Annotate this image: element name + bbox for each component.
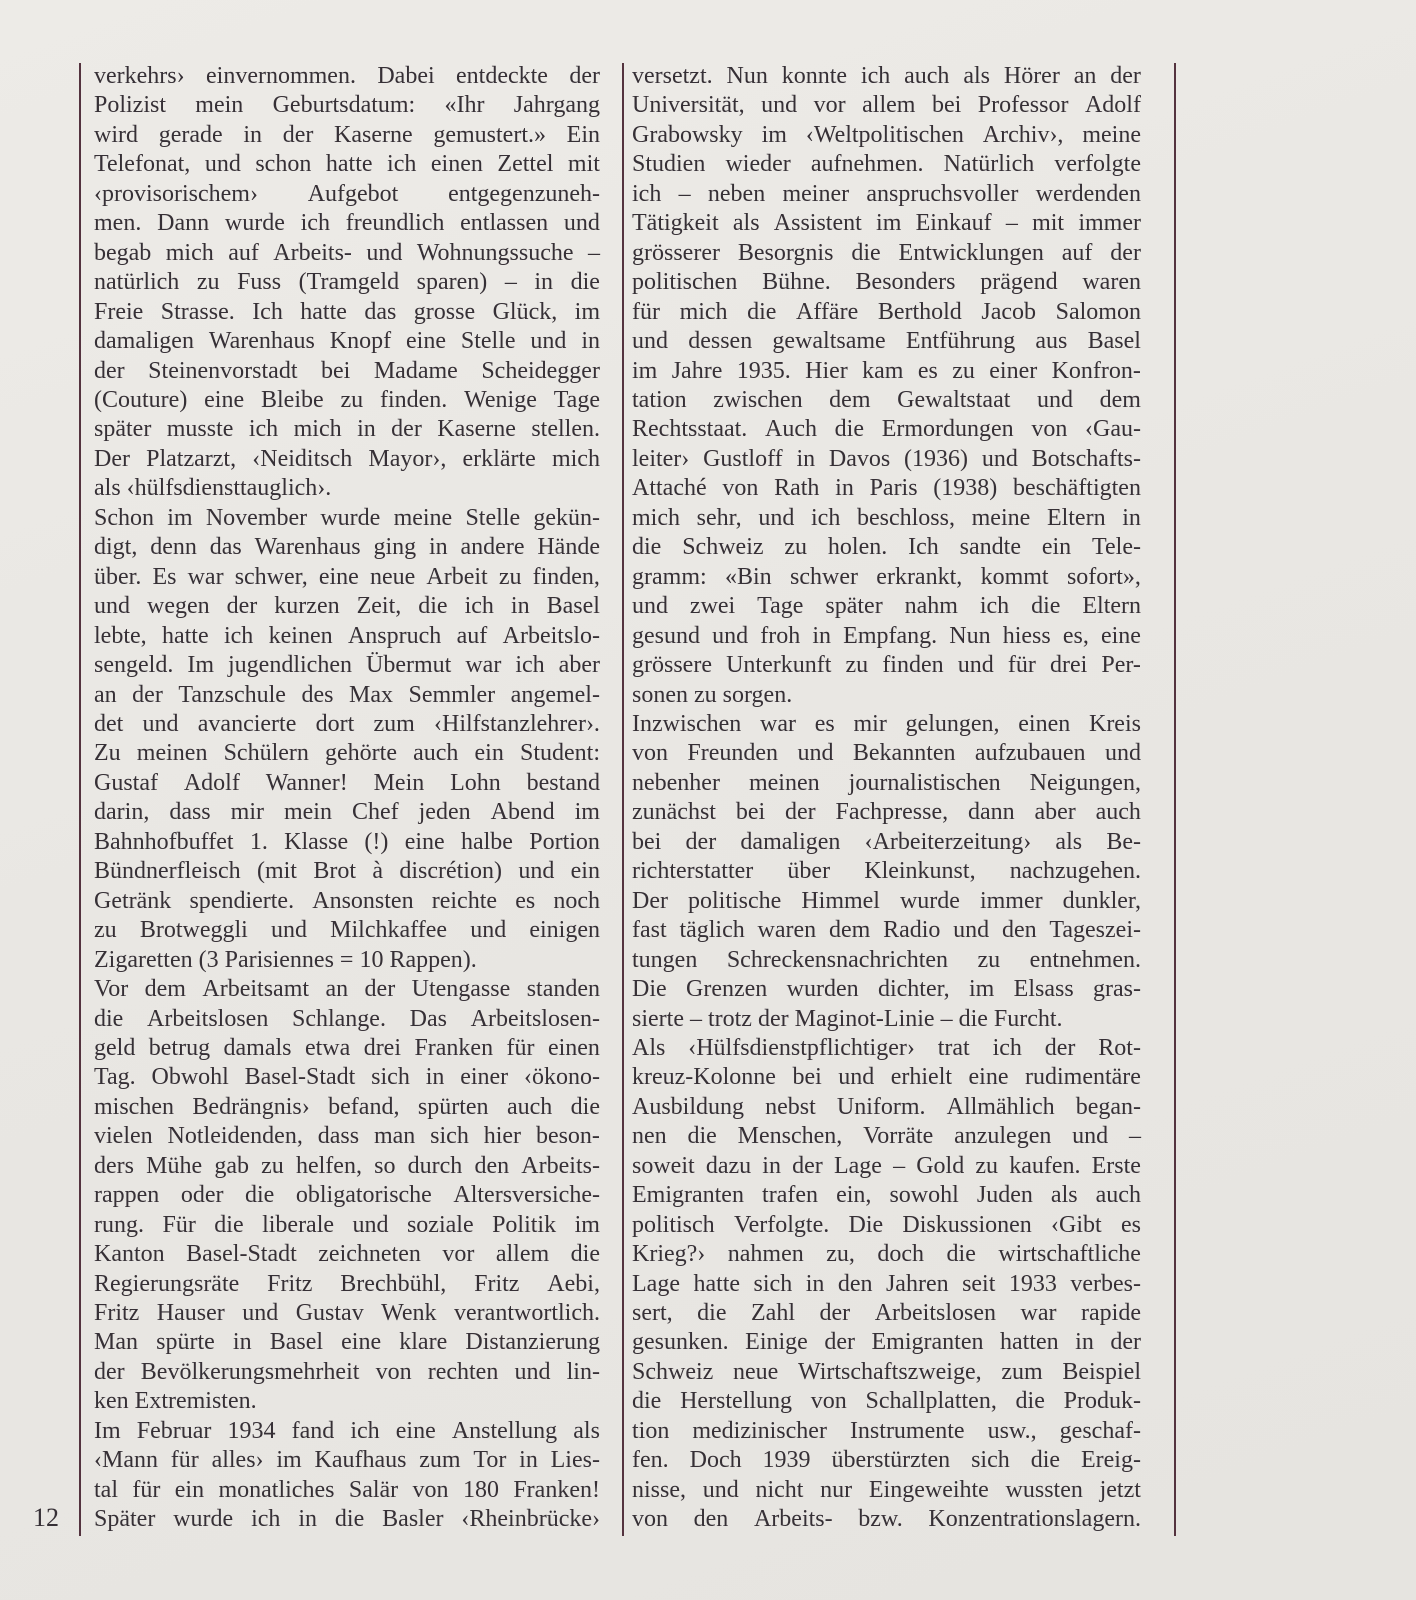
text-line: ImFebruar1934fandicheineAnstellungals	[94, 1417, 600, 1446]
text-line: undwegenderkurzenZeit,dieichinBasel	[94, 592, 600, 621]
text-line: ManspürteinBaseleineklareDistanzierung	[94, 1328, 600, 1357]
text-line: DerpolitischeHimmelwurdeimmerdunkler,	[632, 887, 1141, 916]
text-line: sengeld.ImjugendlichenÜbermutwarichaber	[94, 651, 600, 680]
text-line: SchonimNovemberwurdemeineStellegekün-	[94, 504, 600, 533]
text-line: vielenNotleidenden,dassmansichhierbeson-	[94, 1122, 600, 1151]
text-line: derSteinenvorstadtbeiMadameScheidegger	[94, 357, 600, 386]
text-line: geldbetrugdamalsetwadreiFrankenfüreinen	[94, 1034, 600, 1063]
text-line: nisse,undnichtnurEingeweihtewusstenjetzt	[632, 1476, 1141, 1505]
text-line: grössereUnterkunftzufindenundfürdreiPer-	[632, 651, 1141, 680]
text-line: gramm:«Binschwererkrankt,kommtsofort»,	[632, 563, 1141, 592]
text-line: gesunken.EinigederEmigrantenhatteninder	[632, 1328, 1141, 1357]
text-line: tationzwischendemGewaltstaatunddem	[632, 386, 1141, 415]
text-line: PolizistmeinGeburtsdatum:«IhrJahrgang	[94, 91, 600, 120]
text-line: richterstatterüberKleinkunst,nachzugehen…	[632, 857, 1141, 886]
text-line: sert,dieZahlderArbeitslosenwarrapide	[632, 1299, 1141, 1328]
text-line: mischenBedrängnis›befand,spürtenauchdie	[94, 1093, 600, 1122]
text-column-right: versetzt.NunkonnteichauchalsHöreranderUn…	[632, 62, 1141, 1535]
text-line: fürmichdieAffäreBertholdJacobSalomon	[632, 298, 1141, 327]
text-line: zuBrotweggliundMilchkaffeeundeinigen	[94, 916, 600, 945]
text-line: rung.FürdieliberaleundsozialePolitikim	[94, 1211, 600, 1240]
text-line: Universität,undvorallembeiProfessorAdolf	[632, 91, 1141, 120]
text-line: nendieMenschen,Vorräteanzulegenund–	[632, 1122, 1141, 1151]
text-line: Studienwiederaufnehmen.Natürlichverfolgt…	[632, 150, 1141, 179]
text-line: digt,denndasWarenhausginginandereHände	[94, 533, 600, 562]
right-margin-rule	[1174, 63, 1176, 1536]
text-line: kreuz-Kolonnebeiunderhielteinerudimentär…	[632, 1063, 1141, 1092]
text-line: fasttäglichwarendemRadiounddenTageszei-	[632, 916, 1141, 945]
text-line: leiter›GustloffinDavos(1936)undBotschaft…	[632, 445, 1141, 474]
text-line: Emigrantentrafenein,sowohlJudenalsauch	[632, 1181, 1141, 1210]
text-line: natürlichzuFuss(Tramgeldsparen)–indie	[94, 268, 600, 297]
text-line: derBevölkerungsmehrheitvonrechtenundlin-	[94, 1358, 600, 1387]
text-line: tungenSchreckensnachrichtenzuentnehmen.	[632, 946, 1141, 975]
text-line: AttachévonRathinParis(1938)beschäftigten	[632, 474, 1141, 503]
text-line: über.Eswarschwer,eineneueArbeitzufinden,	[94, 563, 600, 592]
text-line: unddessengewaltsameEntführungausBasel	[632, 327, 1141, 356]
text-column-left: verkehrs›einvernommen.DabeientdecktederP…	[94, 62, 600, 1535]
text-line: anderTanzschuledesMaxSemmlerangemel-	[94, 681, 600, 710]
text-line: michsehr,undichbeschloss,meineElternin	[632, 504, 1141, 533]
text-line: TätigkeitalsAssistentimEinkauf–mitimmer	[632, 209, 1141, 238]
text-line: begabmichaufArbeits-undWohnungssuche–	[94, 239, 600, 268]
text-line: wirdgeradeinderKasernegemustert.»Ein	[94, 121, 600, 150]
text-line: DerPlatzarzt,‹NeiditschMayor›,erklärtemi…	[94, 445, 600, 474]
text-line: sierte – trotz der Maginot-Linie – die F…	[632, 1005, 1141, 1034]
text-line: versetzt.NunkonnteichauchalsHörerander	[632, 62, 1141, 91]
text-line: AusbildungnebstUniform.Allmählichbegan-	[632, 1093, 1141, 1122]
left-column-rule	[79, 63, 81, 1536]
scanned-document-page: { "page": { "number": "12", "columns": {…	[0, 0, 1416, 1600]
text-line: (Couture)eineBleibezufinden.WenigeTage	[94, 386, 600, 415]
text-line: grössererBesorgnisdieEntwicklungenaufder	[632, 239, 1141, 268]
text-line: tionmedizinischerInstrumenteusw.,geschaf…	[632, 1417, 1141, 1446]
text-line: zunächstbeiderFachpresse,dannaberauch	[632, 798, 1141, 827]
text-line: Inzwischenwaresmirgelungen,einenKreis	[632, 710, 1141, 739]
text-line: Bündnerfleisch(mitBrotàdiscrétion)undein	[94, 857, 600, 886]
text-line: politischenBühne.Besondersprägendwaren	[632, 268, 1141, 297]
text-line: FritzHauserundGustavWenkverantwortlich.	[94, 1299, 600, 1328]
text-line: dieHerstellungvonSchallplatten,dieProduk…	[632, 1387, 1141, 1416]
text-line: undzweiTagespäternahmichdieEltern	[632, 592, 1141, 621]
text-line: Telefonat,undschonhatteicheinenZettelmit	[94, 150, 600, 179]
text-line: ken Extremisten.	[94, 1387, 600, 1416]
text-line: damaligenWarenhausKnopfeineStelleundin	[94, 327, 600, 356]
text-line: GustafAdolfWanner!MeinLohnbestand	[94, 769, 600, 798]
text-line: dieArbeitslosenSchlange.DasArbeitslosen-	[94, 1005, 600, 1034]
text-line: dieSchweizzuholen.IchsandteeinTele-	[632, 533, 1141, 562]
text-line: Getränkspendierte.Ansonstenreichteesnoch	[94, 887, 600, 916]
text-line: soweitdazuinderLage–Goldzukaufen.Erste	[632, 1152, 1141, 1181]
text-line: Tag.ObwohlBasel-Stadtsichineiner‹ökono-	[94, 1063, 600, 1092]
text-line: SpäterwurdeichindieBasler‹Rheinbrücke›	[94, 1505, 600, 1534]
text-line: VordemArbeitsamtanderUtengassestanden	[94, 975, 600, 1004]
text-line: ‹provisorischem›Aufgebotentgegenzuneh-	[94, 180, 600, 209]
text-line: fen.Doch1939überstürztensichdieEreig-	[632, 1446, 1141, 1475]
text-line: ZumeinenSchülerngehörteaucheinStudent:	[94, 739, 600, 768]
text-line: vonFreundenundBekanntenaufzubauenund	[632, 739, 1141, 768]
text-line: als ‹hülfsdiensttauglich›.	[94, 474, 600, 503]
text-line: rappenoderdieobligatorischeAltersversich…	[94, 1181, 600, 1210]
text-line: SchweizneueWirtschaftszweige,zumBeispiel	[632, 1358, 1141, 1387]
page-number: 12	[33, 1503, 59, 1532]
text-line: FreieStrasse.IchhattedasgrosseGlück,im	[94, 298, 600, 327]
text-line: Krieg?›nahmenzu,dochdiewirtschaftliche	[632, 1240, 1141, 1269]
text-line: detundavanciertedortzum‹Hilfstanzlehrer›…	[94, 710, 600, 739]
text-line: Zigaretten (3 Parisiennes = 10 Rappen).	[94, 946, 600, 975]
column-divider-rule	[622, 63, 624, 1536]
text-line: DieGrenzenwurdendichter,imElsassgras-	[632, 975, 1141, 1004]
text-line: gesundundfrohinEmpfang.Nunhiesses,eine	[632, 622, 1141, 651]
text-line: Grabowskyim‹WeltpolitischenArchiv›,meine	[632, 121, 1141, 150]
text-line: RegierungsräteFritzBrechbühl,FritzAebi,	[94, 1270, 600, 1299]
text-line: Rechtsstaat.AuchdieErmordungenvon‹Gau-	[632, 415, 1141, 444]
text-line: nebenhermeinenjournalistischenNeigungen,	[632, 769, 1141, 798]
text-line: darin,dassmirmeinChefjedenAbendim	[94, 798, 600, 827]
text-line: beiderdamaligen‹Arbeiterzeitung›alsBe-	[632, 828, 1141, 857]
text-line: lebte,hatteichkeinenAnspruchaufArbeitslo…	[94, 622, 600, 651]
text-line: ich–nebenmeineranspruchsvollerwerdenden	[632, 180, 1141, 209]
text-line: Bahnhofbuffet1.Klasse(!)einehalbePortion	[94, 828, 600, 857]
text-line: spätermussteichmichinderKasernestellen.	[94, 415, 600, 444]
text-line: men.Dannwurdeichfreundlichentlassenund	[94, 209, 600, 238]
text-line: verkehrs›einvernommen.Dabeientdeckteder	[94, 62, 600, 91]
text-line: KantonBasel-Stadtzeichnetenvorallemdie	[94, 1240, 600, 1269]
text-line: sonen zu sorgen.	[632, 681, 1141, 710]
text-line: politischVerfolgte.DieDiskussionen‹Gibte…	[632, 1211, 1141, 1240]
text-line: LagehattesichindenJahrenseit1933verbes-	[632, 1270, 1141, 1299]
text-line: talfüreinmonatlichesSalärvon180Franken!	[94, 1476, 600, 1505]
text-line: vondenArbeits-bzw.Konzentrationslagern.	[632, 1505, 1141, 1534]
text-line: ‹Mannfüralles›imKaufhauszumTorinLies-	[94, 1446, 600, 1475]
text-line: Als‹Hülfsdienstpflichtiger›tratichderRot…	[632, 1034, 1141, 1063]
text-line: imJahre1935.HierkameszueinerKonfron-	[632, 357, 1141, 386]
text-line: dersMühegabzuhelfen,sodurchdenArbeits-	[94, 1152, 600, 1181]
